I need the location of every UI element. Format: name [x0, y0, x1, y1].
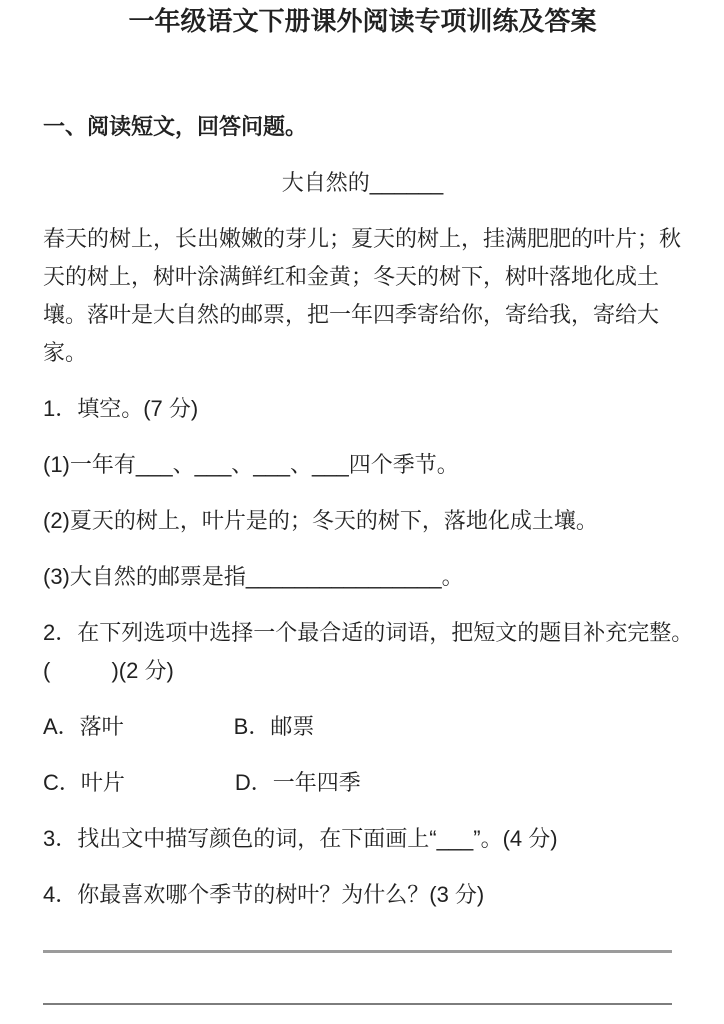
question-line: A．落叶 B．邮票 [43, 708, 682, 746]
passage-line: 春天的树上，长出嫩嫩的芽儿；夏天的树上，挂满肥肥的叶片；秋 [43, 220, 682, 258]
passage: 春天的树上，长出嫩嫩的芽儿；夏天的树上，挂满肥肥的叶片；秋天的树上，树叶涂满鲜红… [43, 220, 682, 372]
question-block: C．叶片 D．一年四季 [43, 764, 682, 802]
question-line: C．叶片 D．一年四季 [43, 764, 682, 802]
answer-line [43, 1003, 672, 1005]
passage-title: 大自然的______ [43, 169, 682, 197]
answer-line [43, 950, 672, 953]
passage-line: 天的树上，树叶涂满鲜红和金黄；冬天的树下，树叶落地化成土 [43, 258, 682, 296]
question-block: (2)夏天的树上，叶片是的；冬天的树下，落地化成土壤。 [43, 502, 682, 540]
section-heading: 一、阅读短文，回答问题。 [43, 113, 682, 141]
question-block: 3．找出文中描写颜色的词，在下面画上“___”。(4 分) [43, 820, 682, 858]
page-title: 一年级语文下册课外阅读专项训练及答案 [43, 4, 682, 38]
answer-area [43, 950, 682, 1005]
question-block: 4．你最喜欢哪个季节的树叶？为什么？(3 分) [43, 876, 682, 914]
question-block: (1)一年有___、___、___、___四个季节。 [43, 446, 682, 484]
question-block: (3)大自然的邮票是指________________。 [43, 558, 682, 596]
question-line: ( )(2 分) [43, 652, 682, 690]
question-line: (2)夏天的树上，叶片是的；冬天的树下，落地化成土壤。 [43, 502, 682, 540]
question-line: 3．找出文中描写颜色的词，在下面画上“___”。(4 分) [43, 820, 682, 858]
question-line: (1)一年有___、___、___、___四个季节。 [43, 446, 682, 484]
question-line: (3)大自然的邮票是指________________。 [43, 558, 682, 596]
question-line: 4．你最喜欢哪个季节的树叶？为什么？(3 分) [43, 876, 682, 914]
questions-list: 1．填空。(7 分)(1)一年有___、___、___、___四个季节。(2)夏… [43, 390, 682, 914]
question-line: 2．在下列选项中选择一个最合适的词语，把短文的题目补充完整。 [43, 614, 682, 652]
question-block: 2．在下列选项中选择一个最合适的词语，把短文的题目补充完整。( )(2 分) [43, 614, 682, 690]
question-line: 1．填空。(7 分) [43, 390, 682, 428]
question-block: 1．填空。(7 分) [43, 390, 682, 428]
passage-line: 家。 [43, 334, 682, 372]
question-block: A．落叶 B．邮票 [43, 708, 682, 746]
passage-line: 壤。落叶是大自然的邮票，把一年四季寄给你，寄给我，寄给大 [43, 296, 682, 334]
